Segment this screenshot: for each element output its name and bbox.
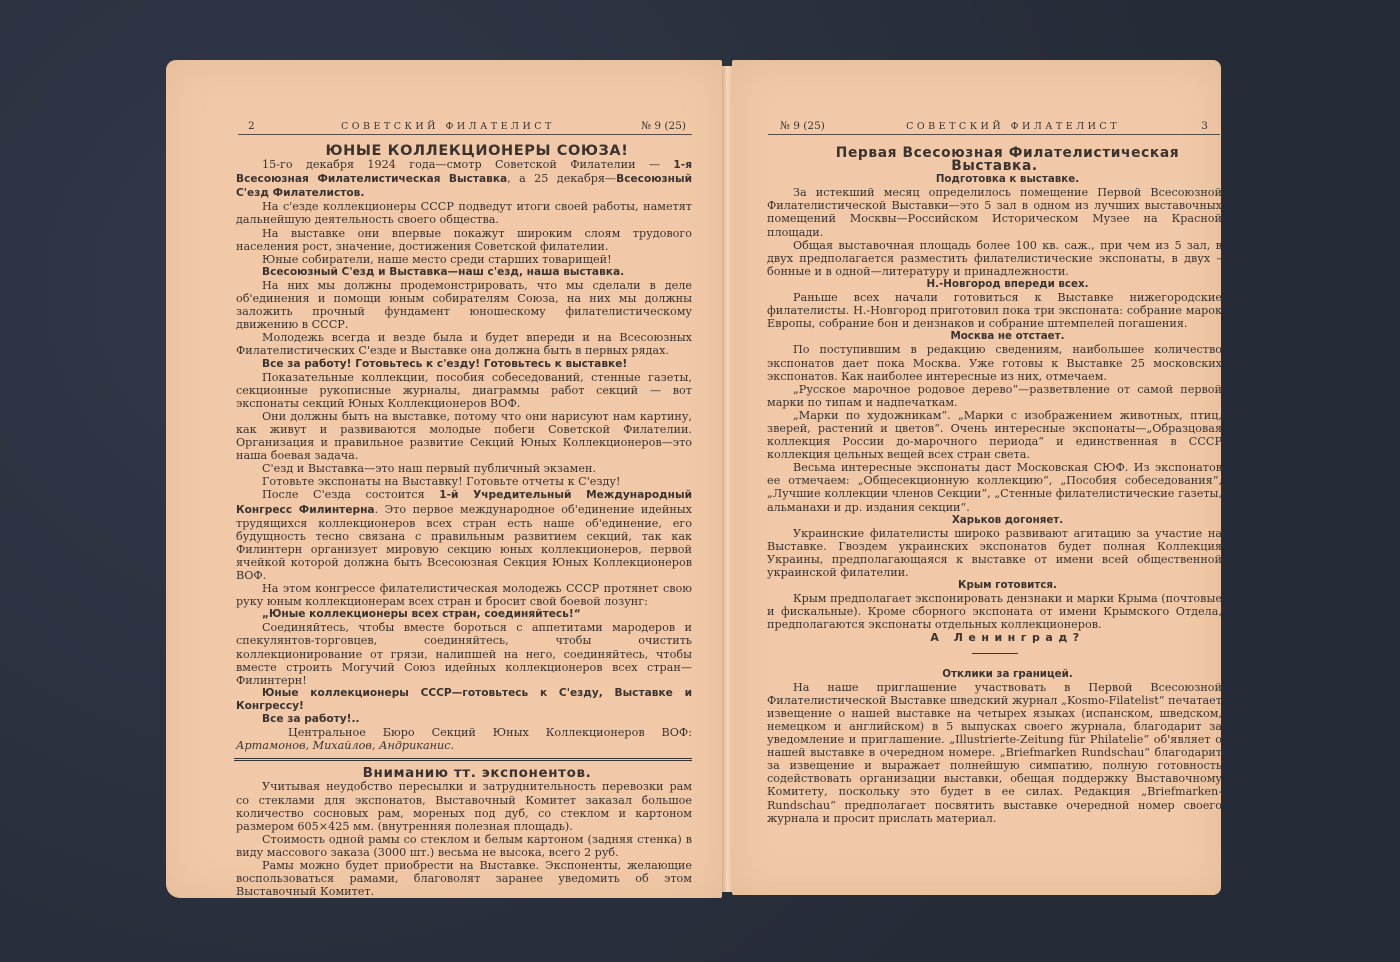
- left-column: ЮНЫЕ КОЛЛЕКЦИОНЕРЫ СОЮЗА! 15-го декабря …: [236, 145, 692, 898]
- paragraph: По поступившим в редакцию сведениям, наи…: [767, 343, 1222, 382]
- paragraph: Раньше всех начали готовиться к Выставке…: [767, 291, 1222, 330]
- paragraph: Учитывая неудобство пересылки и затрудни…: [236, 780, 692, 832]
- paragraph: Они должны быть на выставке, потому что …: [236, 410, 692, 462]
- slogan: Юные коллекционеры СССР—готовьтесь к С'е…: [236, 687, 692, 713]
- right-column: Первая Всесоюзная Филателистическая Выст…: [767, 147, 1222, 825]
- paragraph: Весьма интересные экспонаты даст Московс…: [767, 461, 1222, 513]
- paragraph: С'езд и Выставка—это наш первый публичны…: [236, 462, 692, 475]
- right-running-header: № 9 (25) СОВЕТСКИЙ ФИЛАТЕЛИСТ 3: [768, 118, 1220, 135]
- paragraph: На с'езде коллекционеры СССР подведут ит…: [236, 200, 692, 226]
- left-running-header: 2 СОВЕТСКИЙ ФИЛАТЕЛИСТ № 9 (25): [238, 118, 692, 135]
- section-heading: Харьков догоняет.: [767, 514, 1222, 527]
- signature: Центральное Бюро Секций Юных Коллекционе…: [236, 726, 692, 752]
- article-title: Первая Всесоюзная Филателистическая Выст…: [767, 147, 1222, 173]
- page-number: 3: [1201, 120, 1220, 132]
- paragraph: Показательные коллекции, пособия собесед…: [236, 371, 692, 410]
- paragraph: После С'езда состоится 1-й Учредительный…: [236, 488, 692, 582]
- paragraph: Готовьте экспонаты на Выставку! Готовьте…: [236, 475, 692, 488]
- article-title: Вниманию тт. экспонентов.: [236, 767, 692, 780]
- paragraph: Юные собиратели, наше место среди старши…: [236, 253, 692, 266]
- paragraph: Украинские филателисты широко развивают …: [767, 527, 1222, 579]
- paragraph: За истекший месяц определилось помещение…: [767, 186, 1222, 238]
- running-title: СОВЕТСКИЙ ФИЛАТЕЛИСТ: [906, 121, 1120, 132]
- article-title: ЮНЫЕ КОЛЛЕКЦИОНЕРЫ СОЮЗА!: [236, 145, 692, 158]
- paragraph: „Марки по художникам“. „Марки с изображе…: [767, 409, 1222, 461]
- paragraph: Общая выставочная площадь более 100 кв. …: [767, 239, 1222, 278]
- section-heading: Подготовка к выставке.: [767, 173, 1222, 186]
- paragraph: Соединяйтесь, чтобы вместе бороться с ап…: [236, 621, 692, 686]
- paragraph: Молодежь всегда и везде была и будет впе…: [236, 331, 692, 357]
- slogan: Все за работу!..: [236, 713, 692, 726]
- section-heading: Отклики за границей.: [767, 668, 1222, 681]
- paragraph: Рамы можно будет приобрести на Выставке.…: [236, 859, 692, 898]
- slogan: Все за работу! Готовьтесь к с'езду! Гото…: [236, 358, 692, 371]
- paragraph: На наше приглашение участвовать в Первой…: [767, 681, 1222, 825]
- leningrad-heading: А Ленинград?: [767, 631, 1222, 644]
- paragraph: 15-го декабря 1924 года—смотр Советской …: [236, 158, 692, 200]
- issue-number: № 9 (25): [641, 120, 692, 132]
- paragraph: Крым предполагает экспонировать дензнаки…: [767, 592, 1222, 631]
- paragraph: На этом конгрессе филателистическая моло…: [236, 582, 692, 608]
- page-number: 2: [238, 120, 255, 132]
- section-heading: Москва не отстает.: [767, 330, 1222, 343]
- paragraph: „Русское марочное родовое дерево“—развет…: [767, 383, 1222, 409]
- running-title: СОВЕТСКИЙ ФИЛАТЕЛИСТ: [341, 121, 555, 132]
- section-divider: [234, 758, 692, 761]
- slogan: Всесоюзный С'езд и Выставка—наш с'езд, н…: [236, 266, 692, 279]
- paragraph: На них мы должны продемонстрировать, что…: [236, 279, 692, 331]
- slogan: „Юные коллекционеры всех стран, соединяй…: [236, 608, 692, 621]
- paragraph: На выставке они впервые покажут широким …: [236, 227, 692, 253]
- section-heading: Н.-Новгород впереди всех.: [767, 278, 1222, 291]
- short-divider: [972, 653, 1018, 654]
- issue-number: № 9 (25): [768, 120, 825, 132]
- section-heading: Крым готовится.: [767, 579, 1222, 592]
- paragraph: Стоимость одной рамы со стеклом и белым …: [236, 833, 692, 859]
